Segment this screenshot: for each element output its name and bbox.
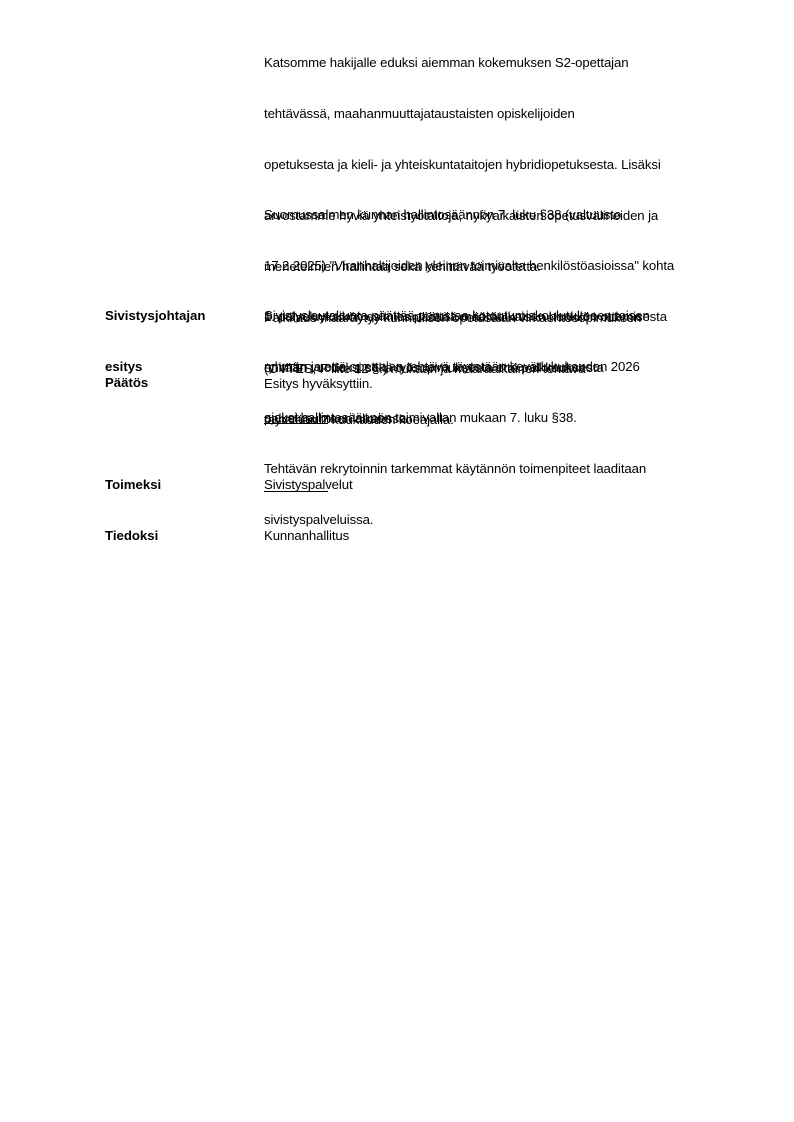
text-line: tehtävässä, maahanmuuttajataustaisten op…	[264, 105, 661, 122]
text-line: Katsomme hakijalle eduksi aiemman kokemu…	[264, 54, 661, 71]
document-page: Katsomme hakijalle eduksi aiemman kokemu…	[0, 0, 794, 1122]
text-line: opetuksesta ja kieli- ja yhteiskuntatait…	[264, 156, 661, 173]
decision-label: Päätös	[105, 374, 148, 391]
action-label: Toimeksi	[105, 476, 161, 493]
proposal-label-line: esitys	[105, 358, 205, 375]
separator-line	[264, 491, 328, 492]
separator-line	[264, 423, 328, 424]
text-line: ryhmän ja että opettajan tehtävä täytetä…	[264, 358, 650, 375]
info-label: Tiedoksi	[105, 527, 161, 544]
assignment-values: Sivistyspalvelut Kunnanhallitus	[264, 442, 353, 578]
text-line: Sivistyslautakunta päättää perustaa koto…	[264, 307, 650, 324]
text-line: 17.2.2025) "Viranhaltijoiden yleinen toi…	[264, 257, 674, 274]
decision-text: Esitys hyväksyttiin.	[264, 375, 373, 392]
text-line: Suomussalmen kunnan hallintosäännön 7. l…	[264, 206, 674, 223]
proposal-label-line: Sivistysjohtajan	[105, 307, 205, 324]
assignment-labels: Toimeksi Tiedoksi	[105, 442, 161, 578]
info-value: Kunnanhallitus	[264, 527, 353, 544]
